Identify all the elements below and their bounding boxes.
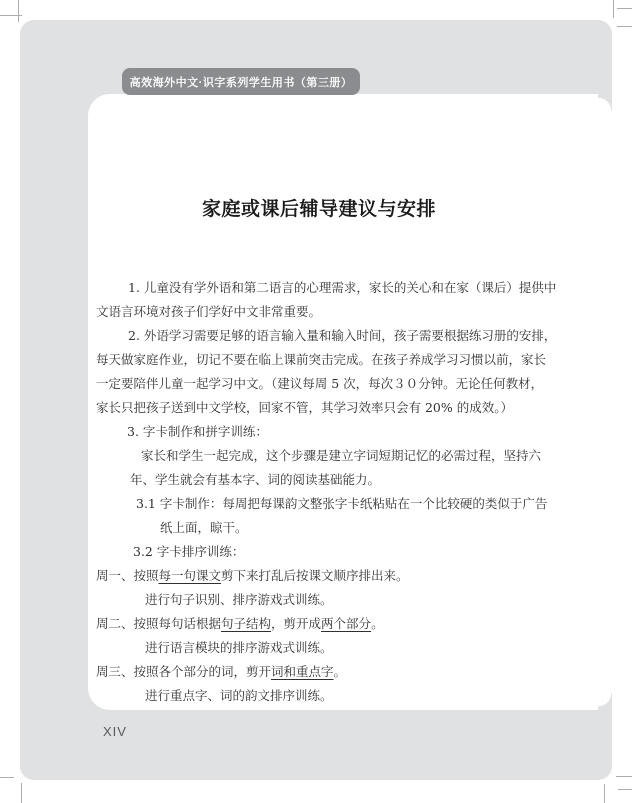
underlined-phrase: 每一句课文	[159, 568, 222, 583]
text-segment: 每天做家庭作业，切记不要在临上课前突击完成。在孩子养成学习习惯以前，家长	[96, 352, 546, 367]
underlined-phrase: 词和重点字	[271, 664, 334, 679]
crop-mark-top-right-h2	[617, 26, 632, 27]
underlined-phrase: 两个部分	[321, 616, 371, 631]
text-segment: 。	[371, 616, 384, 631]
book-series-title: 高效海外中文·识字系列学生用书（第三册）	[130, 74, 353, 90]
crop-mark-top-left-v	[18, 0, 19, 22]
text-segment: 3. 字卡制作和拼字训练：	[127, 424, 268, 439]
crop-mark-bottom-right-h2	[618, 789, 632, 790]
text-segment: 文语言环境对孩子们学好中文非常重要。	[96, 304, 321, 319]
text-segment: 周二、按照每句话根据	[96, 616, 221, 631]
page-number: XIV	[103, 724, 127, 739]
text-segment: ，剪开成	[271, 616, 321, 631]
crop-mark-top-right-v	[613, 0, 614, 18]
text-segment: 进行句子识别、排序游戏式训练。	[145, 592, 333, 607]
body-line: 进行句子识别、排序游戏式训练。	[96, 588, 546, 612]
underlined-phrase: 句子结构	[221, 616, 271, 631]
body-line: 周二、按照每句话根据句子结构，剪开成两个部分。	[96, 612, 546, 636]
body-lines: 1. 儿童没有学外语和第二语言的心理需求，家长的关心和在家（课后）提供中文语言环…	[96, 276, 546, 708]
card-corner-curve-top	[598, 94, 612, 111]
text-segment: 。	[334, 664, 347, 679]
text-segment: 3.1 字卡制作：每周把每课韵文整张字卡纸粘贴在一个比较硬的类似于广告	[136, 496, 547, 511]
body-line: 一定要陪伴儿童一起学习中文。（建议每周 5 次，每次３０分钟。无论任何教材，	[96, 372, 546, 396]
text-segment: 1. 儿童没有学外语和第二语言的心理需求，家长的关心和在家（课后）提供中	[128, 280, 556, 295]
body-line: 3. 字卡制作和拼字训练：	[96, 420, 546, 444]
body-line: 家长只把孩子送到中文学校，回家不管，其学习效率只会有 20% 的成效。）	[96, 396, 546, 420]
text-segment: 家长和学生一起完成，这个步骤是建立字词短期记忆的必需过程，坚持六	[141, 448, 541, 463]
body-line: 每天做家庭作业，切记不要在临上课前突击完成。在孩子养成学习习惯以前，家长	[96, 348, 546, 372]
body-line: 进行重点字、词的韵文排序训练。	[96, 684, 546, 708]
body-line: 进行语言模块的排序游戏式训练。	[96, 636, 546, 660]
crop-mark-top-right-h1	[617, 8, 632, 9]
body-line: 3.1 字卡制作：每周把每课韵文整张字卡纸粘贴在一个比较硬的类似于广告	[96, 492, 546, 516]
text-segment: 周一、按照	[96, 568, 159, 583]
crop-mark-top-left-h	[0, 15, 22, 16]
text-segment: 周三、按照各个部分的词，剪开	[96, 664, 271, 679]
crop-mark-bottom-left-h	[0, 777, 14, 778]
text-segment: 年、学生就会有基本字、词的阅读基础能力。	[130, 472, 380, 487]
body-line: 2. 外语学习需要足够的语言输入量和输入时间，孩子需要根据练习册的安排，	[96, 324, 546, 348]
body-line: 3.2 字卡排序训练：	[96, 540, 546, 564]
text-segment: 进行重点字、词的韵文排序训练。	[145, 688, 333, 703]
body-line: 纸上面，晾干。	[96, 516, 546, 540]
crop-mark-bottom-right-v	[604, 784, 605, 803]
text-segment: 剪下来打乱后按课文顺序排出来。	[221, 568, 409, 583]
body-line: 年、学生就会有基本字、词的阅读基础能力。	[96, 468, 546, 492]
page-title: 家庭或课后辅导建议与安排	[96, 194, 542, 221]
body-line: 家长和学生一起完成，这个步骤是建立字词短期记忆的必需过程，坚持六	[96, 444, 546, 468]
body-line: 文语言环境对孩子们学好中文非常重要。	[96, 300, 546, 324]
text-segment: 3.2 字卡排序训练：	[133, 544, 244, 559]
body-line: 周三、按照各个部分的词，剪开词和重点字。	[96, 660, 546, 684]
body-line: 周一、按照每一句课文剪下来打乱后按课文顺序排出来。	[96, 564, 546, 588]
crop-mark-bottom-left-v	[21, 783, 22, 803]
book-series-banner: 高效海外中文·识字系列学生用书（第三册）	[122, 68, 360, 95]
text-segment: 2. 外语学习需要足够的语言输入量和输入时间，孩子需要根据练习册的安排，	[128, 328, 556, 343]
body-line: 1. 儿童没有学外语和第二语言的心理需求，家长的关心和在家（课后）提供中	[96, 276, 546, 300]
text-segment: 进行语言模块的排序游戏式训练。	[145, 640, 333, 655]
card-corner-curve-bottom	[598, 693, 612, 710]
text-segment: 纸上面，晾干。	[160, 520, 248, 535]
text-segment: 一定要陪伴儿童一起学习中文。（建议每周 5 次，每次３０分钟。无论任何教材，	[96, 376, 543, 391]
scanned-book-page: 高效海外中文·识字系列学生用书（第三册） 家庭或课后辅导建议与安排 1. 儿童没…	[0, 0, 632, 803]
crop-mark-bottom-right-h1	[616, 776, 632, 777]
text-segment: 家长只把孩子送到中文学校，回家不管，其学习效率只会有 20% 的成效。）	[96, 400, 513, 415]
